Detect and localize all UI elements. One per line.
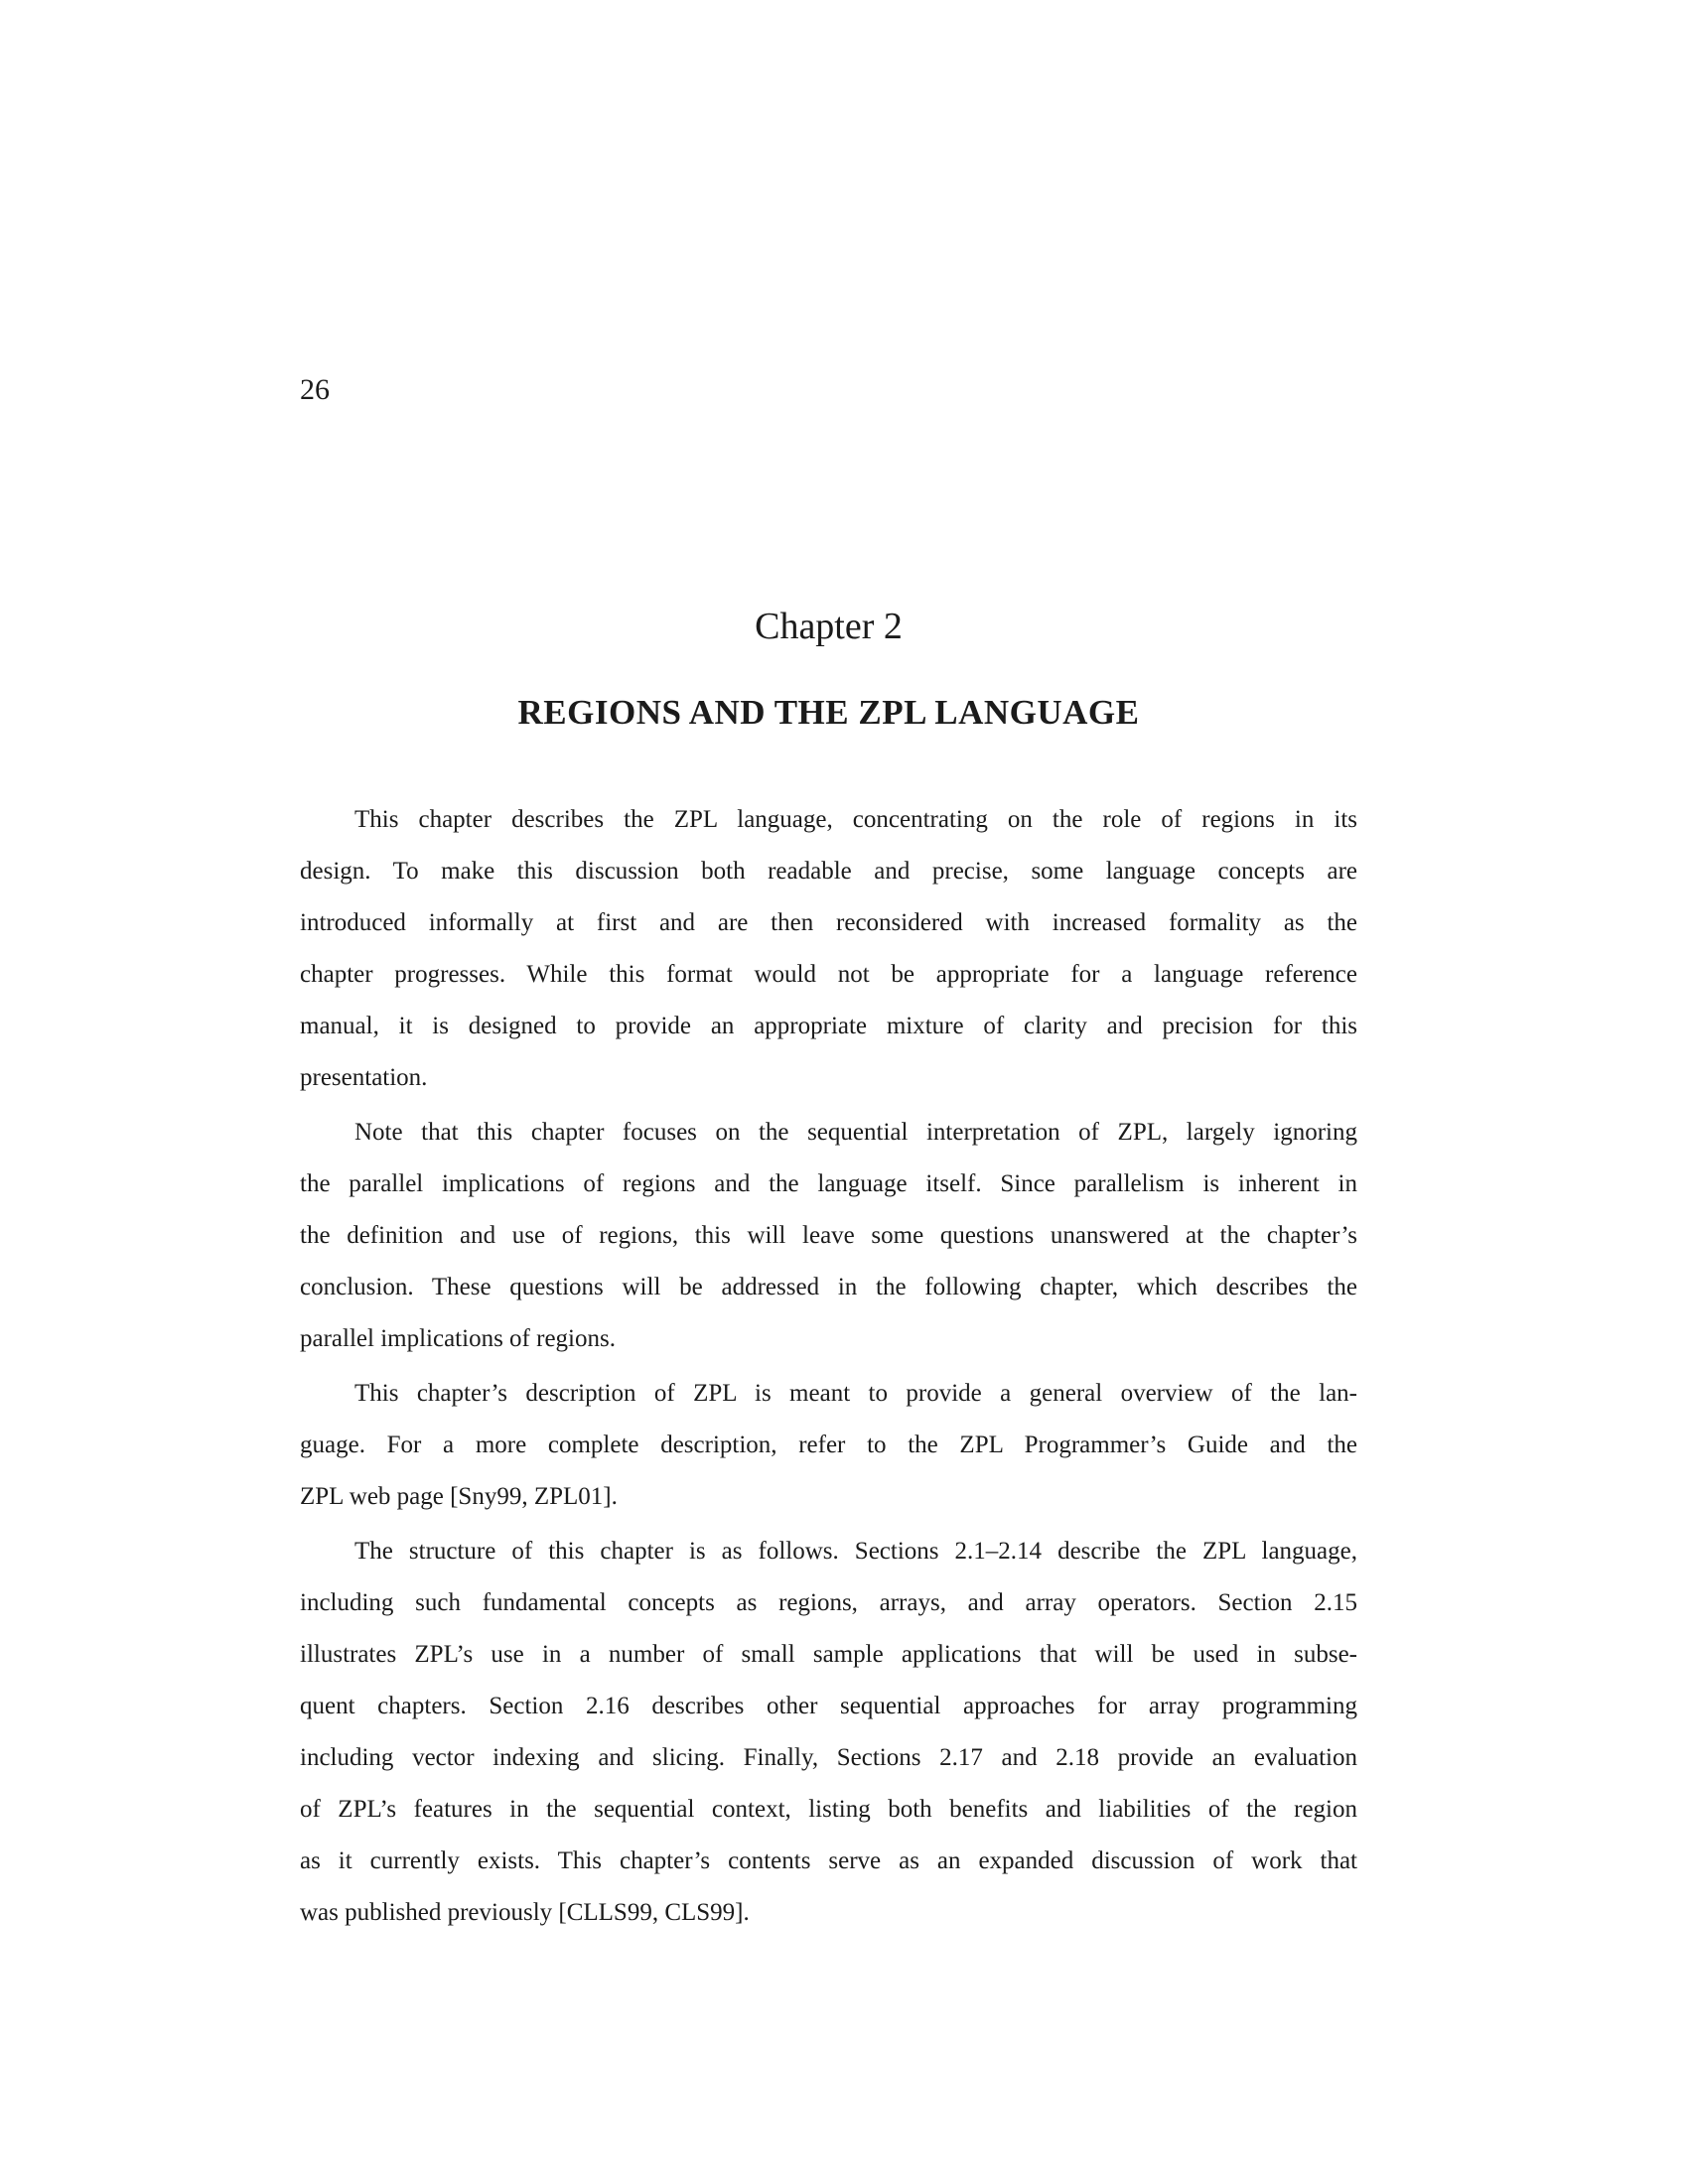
text-line: quent chapters. Section 2.16 describes o… xyxy=(300,1681,1357,1732)
text-line: presentation. xyxy=(300,1052,1357,1104)
chapter-heading: Chapter 2 xyxy=(300,608,1357,645)
text-line: including vector indexing and slicing. F… xyxy=(300,1732,1357,1784)
text-line: parallel implications of regions. xyxy=(300,1313,1357,1365)
text-line: The structure of this chapter is as foll… xyxy=(300,1526,1357,1577)
paragraph-1: This chapter describes the ZPL language,… xyxy=(300,794,1357,1104)
text-line: as it currently exists. This chapter’s c… xyxy=(300,1836,1357,1887)
paragraph-2: Note that this chapter focuses on the se… xyxy=(300,1107,1357,1365)
text-line: ZPL web page [Sny99, ZPL01]. xyxy=(300,1471,1357,1523)
chapter-title: REGIONS AND THE ZPL LANGUAGE xyxy=(300,695,1357,731)
text-line: manual, it is designed to provide an app… xyxy=(300,1001,1357,1052)
paragraph-3: This chapter’s description of ZPL is mea… xyxy=(300,1368,1357,1523)
text-line: introduced informally at first and are t… xyxy=(300,897,1357,949)
text-line: conclusion. These questions will be addr… xyxy=(300,1262,1357,1313)
document-page: 26 Chapter 2 REGIONS AND THE ZPL LANGUAG… xyxy=(0,0,1688,2184)
text-line: illustrates ZPL’s use in a number of sma… xyxy=(300,1629,1357,1681)
text-line: the definition and use of regions, this … xyxy=(300,1210,1357,1262)
text-line: chapter progresses. While this format wo… xyxy=(300,949,1357,1001)
text-line: of ZPL’s features in the sequential cont… xyxy=(300,1784,1357,1836)
text-line: design. To make this discussion both rea… xyxy=(300,846,1357,897)
text-line: including such fundamental concepts as r… xyxy=(300,1577,1357,1629)
body-text: This chapter describes the ZPL language,… xyxy=(300,794,1357,1939)
text-line: guage. For a more complete description, … xyxy=(300,1420,1357,1471)
page-number: 26 xyxy=(300,373,330,407)
text-line: This chapter’s description of ZPL is mea… xyxy=(300,1368,1357,1420)
text-line: Note that this chapter focuses on the se… xyxy=(300,1107,1357,1159)
text-line: was published previously [CLLS99, CLS99]… xyxy=(300,1887,1357,1939)
text-line: the parallel implications of regions and… xyxy=(300,1159,1357,1210)
text-line: This chapter describes the ZPL language,… xyxy=(300,794,1357,846)
paragraph-4: The structure of this chapter is as foll… xyxy=(300,1526,1357,1939)
